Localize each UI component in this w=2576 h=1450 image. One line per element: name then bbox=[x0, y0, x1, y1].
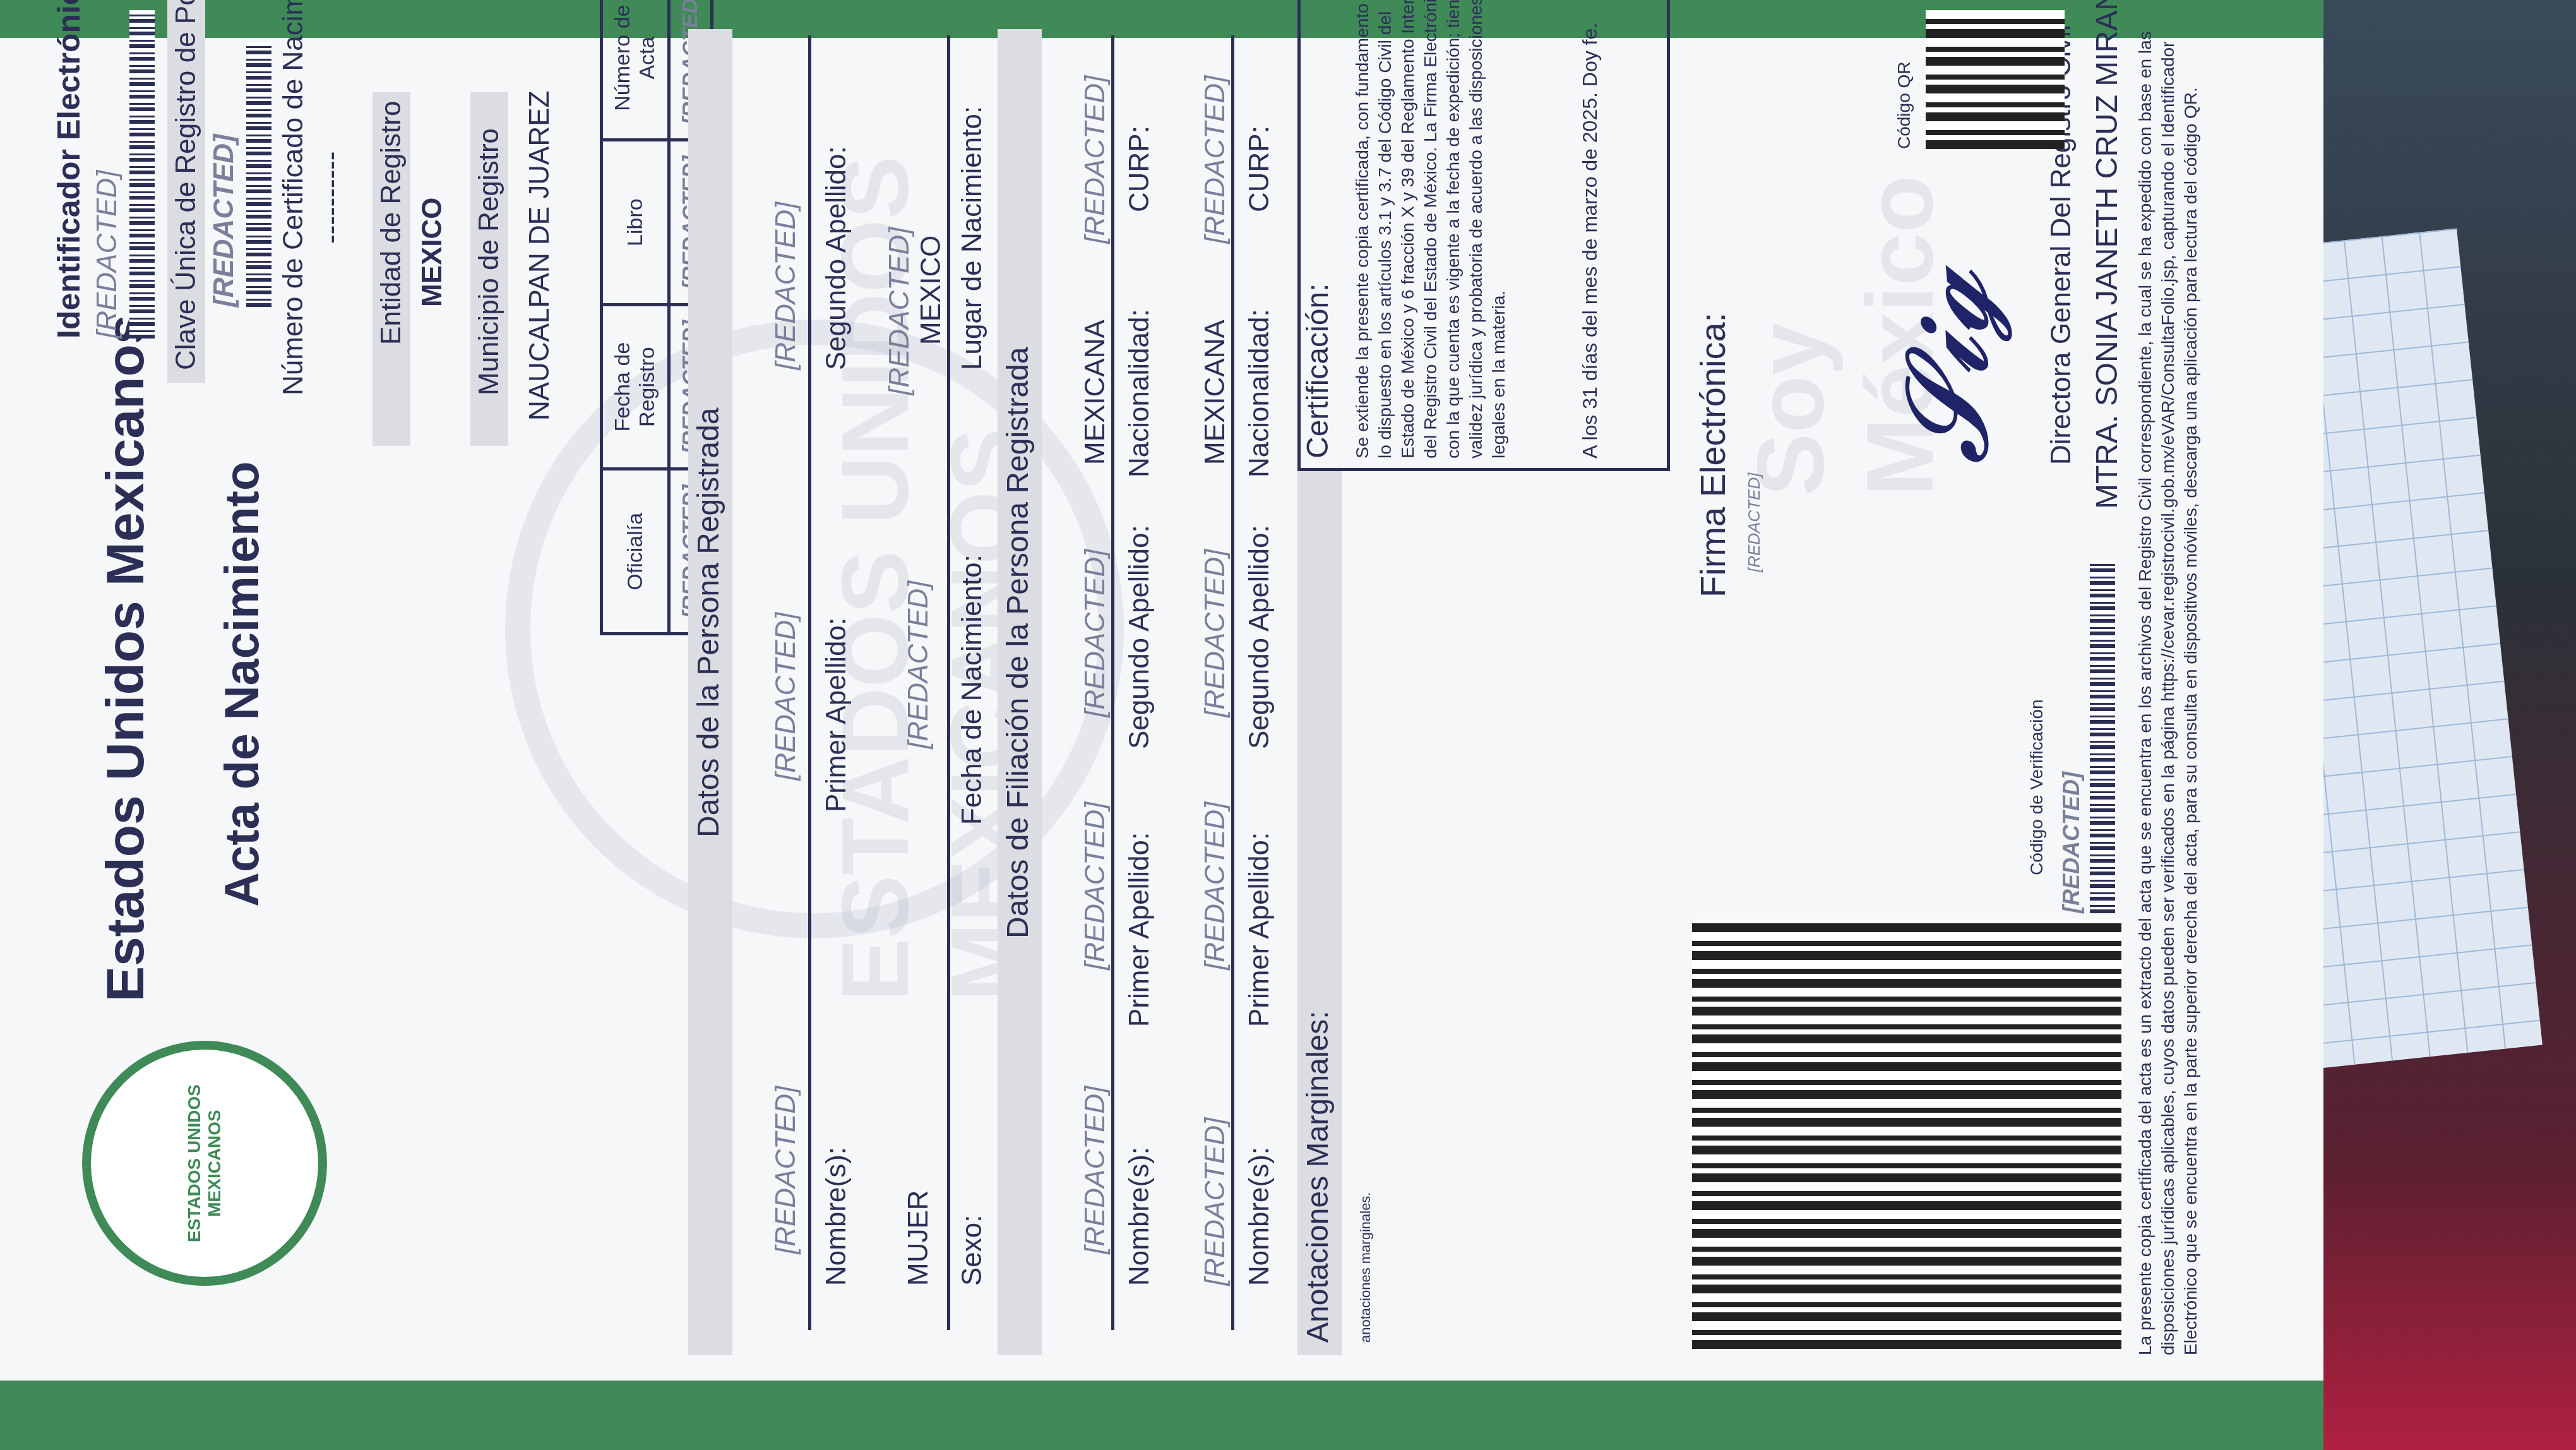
parent1-second-surname-label: Segundo Apellido: bbox=[1124, 525, 1155, 749]
certification-date: A los 31 días del mes de marzo de 2025. … bbox=[1578, 23, 1602, 458]
birth-certificate: ESTADOS UNIDOS MEXICANOS Soy México ESTA… bbox=[0, 0, 2323, 1450]
parent1-curp-label: CURP: bbox=[1124, 126, 1155, 212]
registered-person-title: Datos de la Persona Registrada bbox=[691, 408, 726, 837]
signer-name: MTRA. SONIA JANETH CRUZ MIRANDA bbox=[2090, 0, 2125, 509]
curp-label: Clave Única de Registro de Población bbox=[170, 0, 202, 370]
parent1-given-names: [REDACTED] bbox=[1080, 1086, 1111, 1254]
given-names-value: [REDACTED] bbox=[770, 1086, 802, 1254]
entity-value: MEXICO bbox=[417, 197, 448, 307]
parent2-curp: [REDACTED] bbox=[1200, 76, 1231, 244]
parent1-nationality-label: Nacionalidad: bbox=[1124, 309, 1155, 477]
municipality-label: Municipio de Registro bbox=[474, 128, 505, 395]
verification-barcode bbox=[2090, 560, 2115, 913]
divider bbox=[808, 35, 811, 1330]
table-header: Libro bbox=[602, 140, 669, 305]
verification-code: [REDACTED] bbox=[2058, 772, 2085, 913]
document-body: ESTADOS UNIDOS MEXICANOS Soy México ESTA… bbox=[0, 38, 2323, 1381]
second-surname-label: Segundo Apellido: bbox=[821, 146, 852, 370]
birth-place-label: Lugar de Nacimiento: bbox=[957, 106, 988, 370]
first-surname-label: Primer Apellido: bbox=[821, 618, 852, 812]
parent2-nationality-label: Nacionalidad: bbox=[1244, 309, 1275, 477]
birth-cert-number-label: Número de Certificado de Nacimiento bbox=[278, 0, 309, 395]
parent1-first-surname-label: Primer Apellido: bbox=[1124, 832, 1155, 1027]
table-header: Fecha de Registro bbox=[602, 304, 669, 469]
certification-body: Se extiende la presente copia certificad… bbox=[1351, 0, 1510, 458]
first-surname-value: [REDACTED] bbox=[770, 613, 802, 781]
divider bbox=[947, 35, 950, 1330]
electronic-id-label: Identificador Electrónico bbox=[51, 0, 87, 339]
table-header: Número de Acta bbox=[602, 0, 669, 140]
electronic-id-value: [REDACTED] bbox=[92, 171, 123, 339]
curp-barcode bbox=[246, 42, 271, 307]
parent2-nationality: MEXICANA bbox=[1200, 320, 1231, 465]
parent2-second-surname: [REDACTED] bbox=[1200, 549, 1231, 717]
parent1-curp: [REDACTED] bbox=[1080, 76, 1111, 244]
birth-place-state: MEXICO bbox=[915, 235, 947, 345]
small-qr-code bbox=[1926, 10, 2065, 149]
divider bbox=[1231, 35, 1234, 1330]
parent2-second-surname-label: Segundo Apellido: bbox=[1244, 525, 1275, 749]
parent2-curp-label: CURP: bbox=[1244, 126, 1275, 212]
curp-value: [REDACTED] bbox=[208, 134, 240, 307]
parent1-nationality: MEXICANA bbox=[1080, 320, 1111, 465]
annotations-body: anotaciones marginales. bbox=[1357, 1192, 1374, 1343]
table-header: Oficialía bbox=[602, 469, 669, 634]
given-names-label: Nombre(s): bbox=[821, 1147, 852, 1286]
document-sheet: ESTADOS UNIDOS MEXICANOS Soy México ESTA… bbox=[0, 0, 2323, 1450]
birth-cert-number-value: ---------- bbox=[316, 151, 347, 244]
parent1-second-surname: [REDACTED] bbox=[1080, 549, 1111, 717]
entity-label: Entidad de Registro bbox=[376, 101, 407, 345]
country-title: Estados Unidos Mexicanos bbox=[95, 315, 156, 1002]
birth-date-label: Fecha de Nacimiento: bbox=[957, 554, 988, 825]
birth-place-value: [REDACTED] bbox=[884, 227, 915, 395]
second-surname-value: [REDACTED] bbox=[770, 202, 802, 370]
national-seal-icon: ESTADOS UNIDOS MEXICANOS bbox=[82, 1041, 327, 1286]
signature-title: Firma Electrónica: bbox=[1692, 313, 1733, 597]
parent2-given-names: [REDACTED] bbox=[1200, 1118, 1231, 1286]
parent2-given-names-label: Nombre(s): bbox=[1244, 1147, 1275, 1286]
parent1-given-names-label: Nombre(s): bbox=[1124, 1147, 1155, 1286]
parent2-first-surname-label: Primer Apellido: bbox=[1244, 832, 1275, 1027]
parent2-first-surname: [REDACTED] bbox=[1200, 802, 1231, 970]
signature-hash: [REDACTED] bbox=[1743, 130, 1765, 572]
qr-label: Código QR bbox=[1894, 61, 1914, 149]
parent1-first-surname: [REDACTED] bbox=[1080, 802, 1111, 970]
annotations-title: Anotaciones Marginales: bbox=[1301, 1010, 1335, 1343]
electronic-id-barcode bbox=[129, 10, 155, 339]
filiation-title: Datos de Filiación de la Persona Registr… bbox=[1001, 347, 1035, 938]
handwritten-signature: 𝓢𝓲𝓰 bbox=[1881, 270, 2015, 465]
birth-date-value: [REDACTED] bbox=[903, 581, 934, 749]
verification-label: Código de Verificación bbox=[2027, 699, 2047, 875]
certification-title: Certificación: bbox=[1301, 284, 1335, 458]
footer-legal-text: La presente copia certificada del acta e… bbox=[2134, 0, 2202, 1355]
sex-label: Sexo: bbox=[957, 1214, 988, 1286]
sex-value: MUJER bbox=[903, 1190, 934, 1286]
municipality-value: NAUCALPAN DE JUAREZ bbox=[524, 91, 556, 421]
divider bbox=[1111, 35, 1114, 1330]
main-qr-code bbox=[1692, 920, 2121, 1349]
document-title: Acta de Nacimiento bbox=[215, 462, 270, 907]
